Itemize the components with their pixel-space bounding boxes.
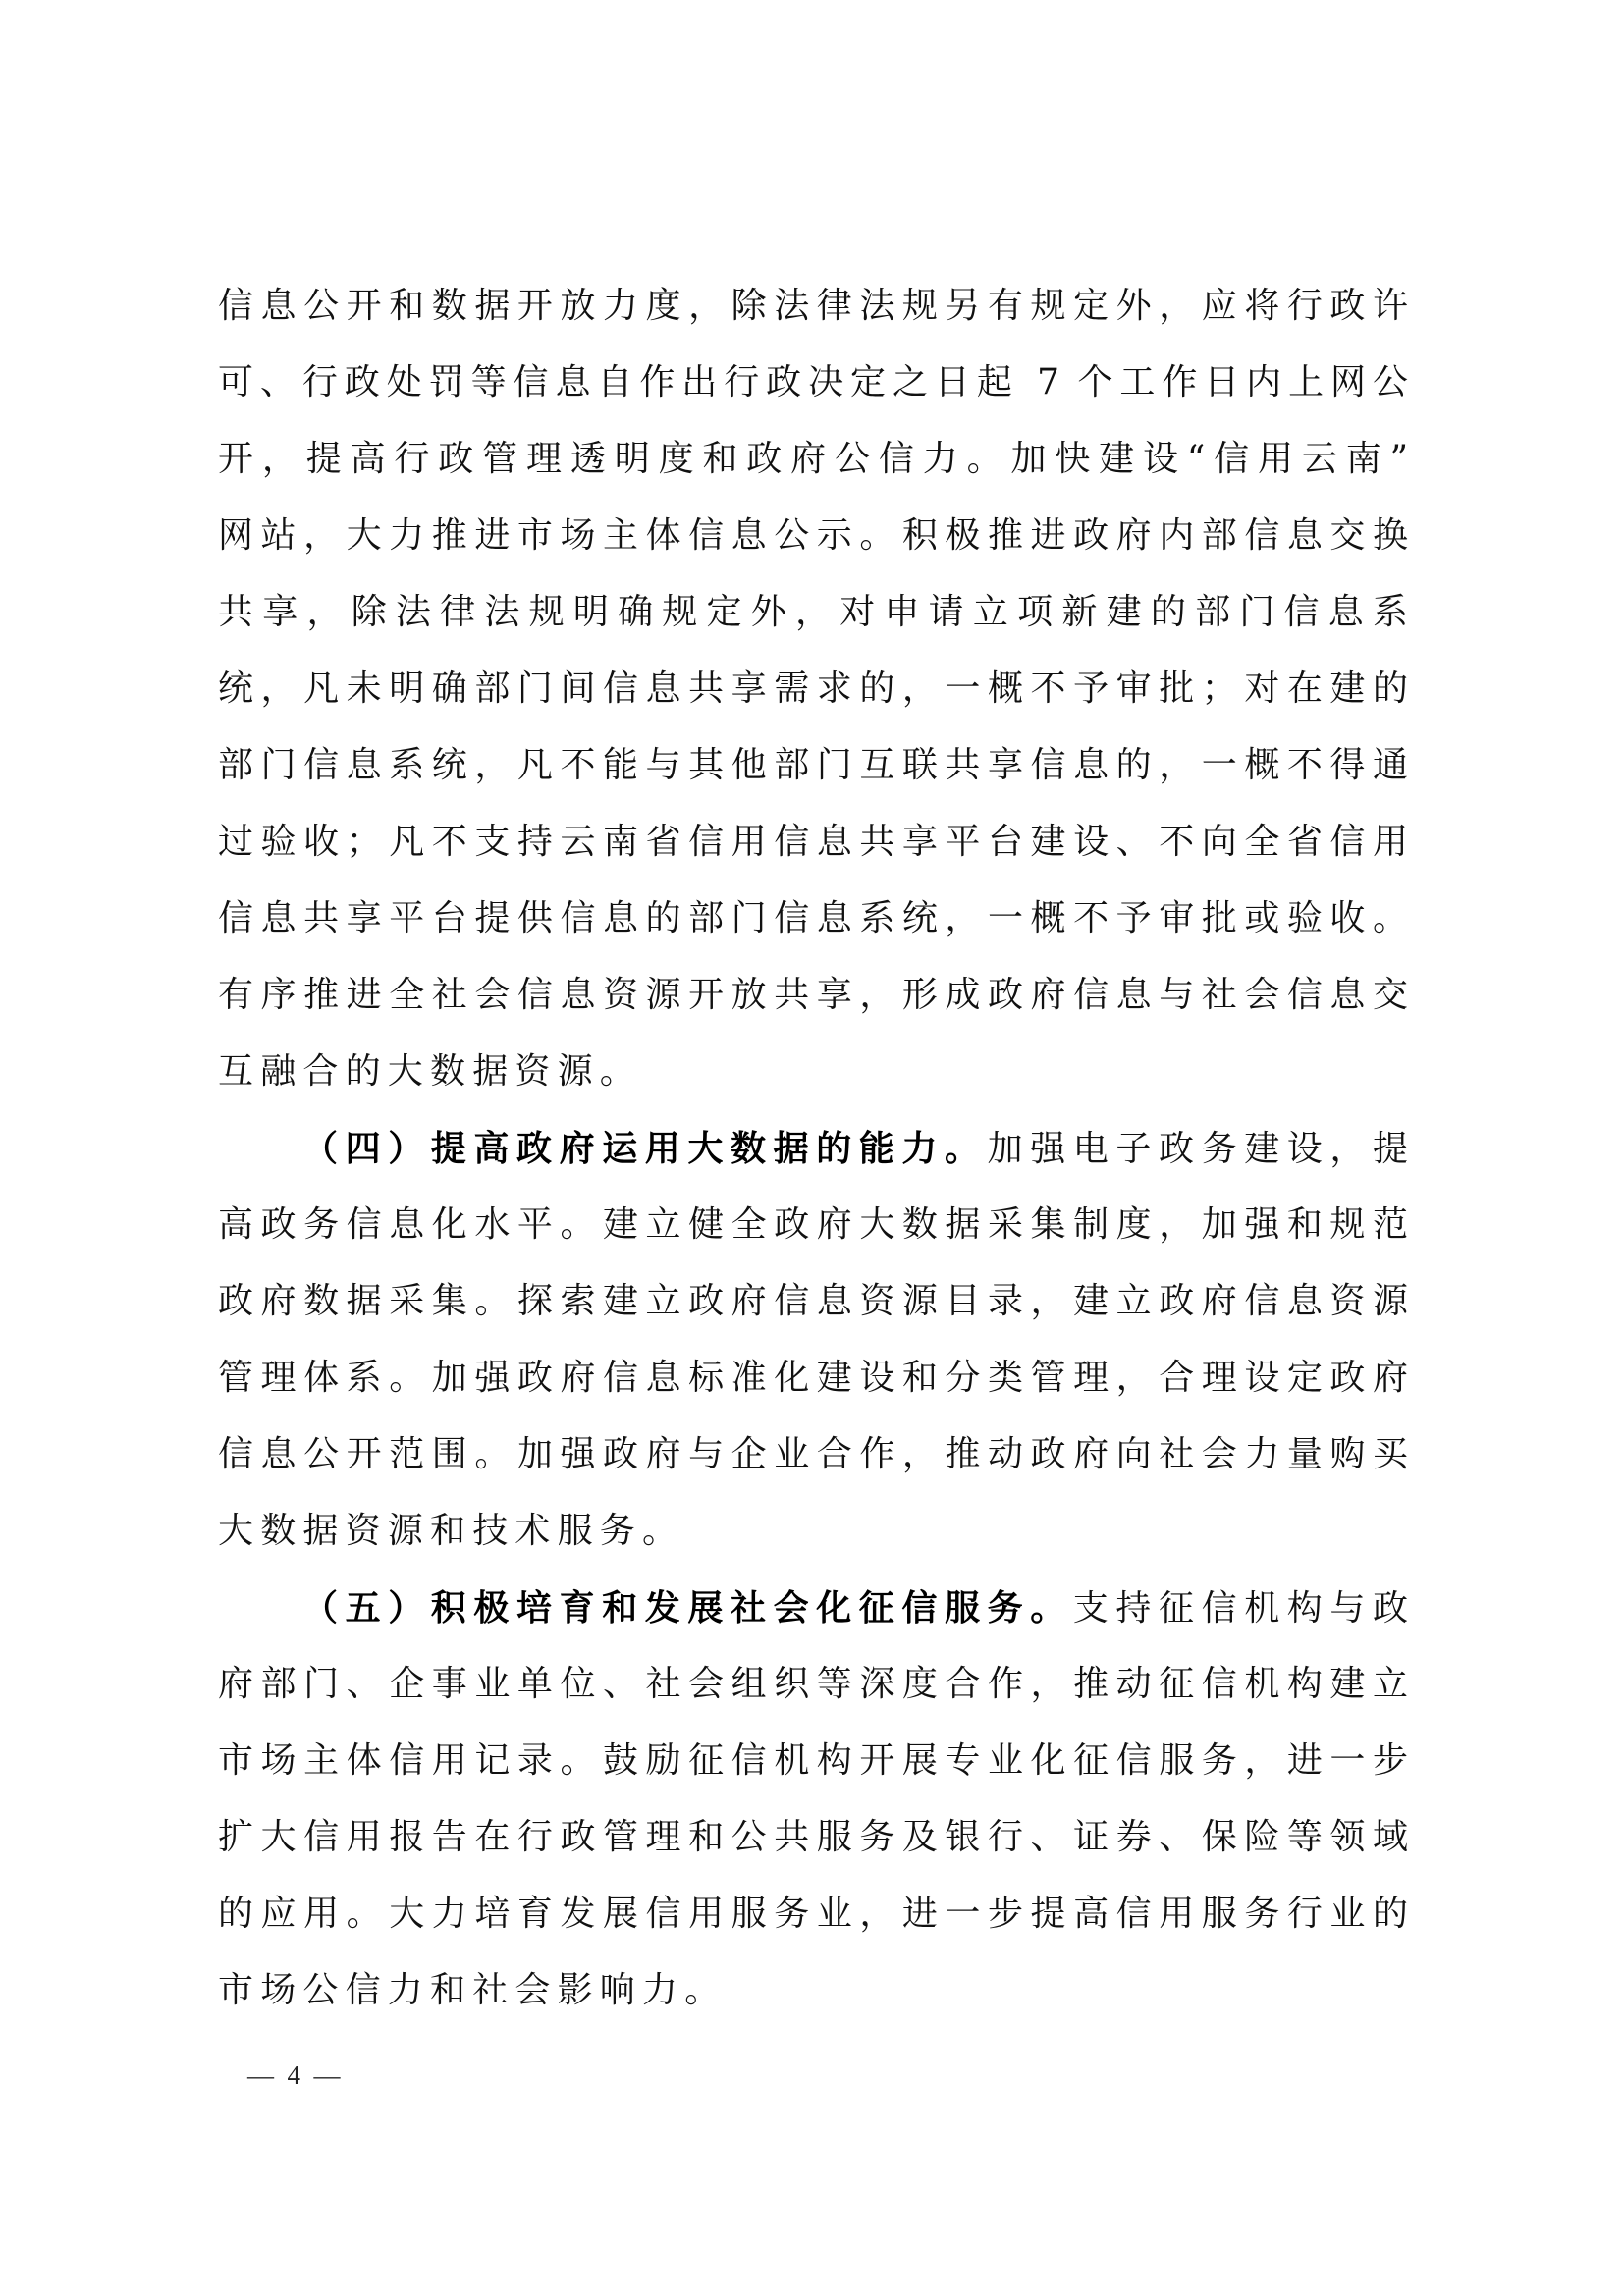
text-line: 信息共享平台提供信息的部门信息系统，一概不予审批或验收。 [218,881,1408,957]
text-line: 有序推进全社会信息资源开放共享，形成政府信息与社会信息交 [218,957,1408,1034]
text-line: 互融合的大数据资源。 [218,1034,1408,1110]
text-line: 共享，除法律法规明确规定外，对申请立项新建的部门信息系 [218,574,1408,651]
text-line: 统，凡未明确部门间信息共享需求的，一概不予审批；对在建的 [218,651,1408,727]
text-line: 管理体系。加强政府信息标准化建设和分类管理，合理设定政府 [218,1340,1408,1416]
text-line: 府部门、企事业单位、社会组织等深度合作，推动征信机构建立 [218,1646,1408,1723]
page-number: — 4 — [247,2057,341,2093]
document-page: 信息公开和数据开放力度，除法律法规另有规定外，应将行政许 可、行政处罚等信息自作… [0,0,1624,2296]
section-heading-5: （五）积极培育和发展社会化征信服务。 [302,1587,1073,1629]
text-line: 高政务信息化水平。建立健全政府大数据采集制度，加强和规范 [218,1187,1408,1263]
text-line: 网站，大力推进市场主体信息公示。积极推进政府内部信息交换 [218,498,1408,574]
text-line: 市场公信力和社会影响力。 [218,1952,1408,2029]
text-line: 过验收；凡不支持云南省信用信息共享平台建设、不向全省信用 [218,804,1408,881]
text-line: 信息公开范围。加强政府与企业合作，推动政府向社会力量购买 [218,1416,1408,1493]
text-run: 支持征信机构与政 [1073,1588,1408,1629]
text-line: 信息公开和数据开放力度，除法律法规另有规定外，应将行政许 [218,268,1408,345]
text-line: 大数据资源和技术服务。 [218,1493,1408,1570]
text-run: 加强电子政务建设，提 [988,1129,1408,1169]
text-line: 市场主体信用记录。鼓励征信机构开展专业化征信服务，进一步 [218,1723,1408,1799]
section-heading-4: （四）提高政府运用大数据的能力。 [302,1128,988,1169]
section-5-first-line: （五）积极培育和发展社会化征信服务。支持征信机构与政 [218,1570,1408,1646]
body-text: 信息公开和数据开放力度，除法律法规另有规定外，应将行政许 可、行政处罚等信息自作… [218,268,1408,2029]
text-line: 开，提高行政管理透明度和政府公信力。加快建设“信用云南” [218,421,1408,498]
section-4-first-line: （四）提高政府运用大数据的能力。加强电子政务建设，提 [218,1110,1408,1187]
text-line: 可、行政处罚等信息自作出行政决定之日起 7 个工作日内上网公 [218,345,1408,421]
text-line: 政府数据采集。探索建立政府信息资源目录，建立政府信息资源 [218,1263,1408,1340]
text-line: 扩大信用报告在行政管理和公共服务及银行、证券、保险等领域 [218,1799,1408,1876]
text-line: 的应用。大力培育发展信用服务业，进一步提高信用服务行业的 [218,1876,1408,1952]
text-line: 部门信息系统，凡不能与其他部门互联共享信息的，一概不得通 [218,727,1408,804]
